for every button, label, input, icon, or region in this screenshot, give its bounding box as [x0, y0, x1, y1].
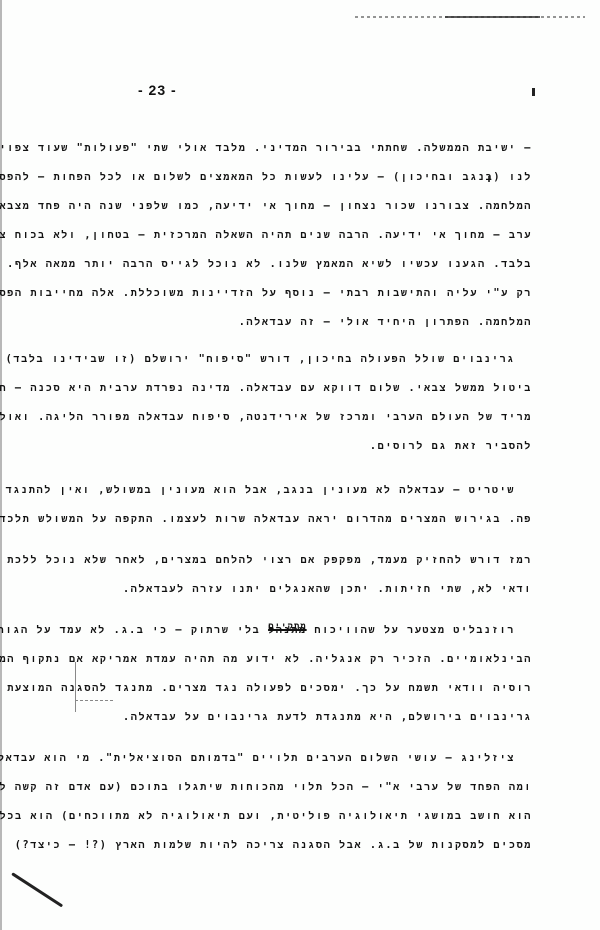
- scan-mark: [532, 88, 535, 96]
- paragraph-greenbaum-cont: ביטול ממשל צבאי. שלום דווקא עם עבדאלה. מ…: [0, 374, 532, 461]
- text-line: בלבד. הגענו עכשיו לשיא המאמץ שלנו. לא נו…: [0, 250, 532, 279]
- scan-top-smudge-dense: [445, 16, 540, 18]
- paragraph-remez: רמז דורש להחזיק מעמד, מפקפק אם רצוי להלח…: [0, 546, 532, 604]
- text-line: הבינלאומיים. הזכיר רק אנגליה. לא ידוע מה…: [0, 645, 532, 674]
- page-number: - 23 -: [138, 82, 177, 98]
- text-line: רמז דורש להחזיק מעמד, מפקפק אם רצוי להלח…: [0, 546, 532, 575]
- text-line: רק ע"י עליה והתישבות רבתי – נוסף על הזדי…: [0, 279, 532, 308]
- text-segment: רוזנבליט מצטער על שהוויכוח: [314, 625, 515, 636]
- text-line: ציזלינג – עושי השלום הערבים תלויים "בדמו…: [0, 744, 515, 773]
- text-line: להסביר זאת גם לרוסים.: [0, 432, 532, 461]
- paragraph-greenbaum: גרינבוים שולל הפעולה בחיכון, דורש "סיפוח…: [0, 345, 515, 374]
- correction: מתקיים מתנהל: [260, 625, 306, 636]
- text-segment: בלי שרתוק – כי ב.ג. לא עמד על הגורמים: [0, 625, 260, 636]
- text-line: המלחמה. צבורנו שכור נצחון – מחוך אי ידיע…: [0, 192, 532, 221]
- pen-stroke-mark: [11, 872, 63, 907]
- text-line: גרינבוים שולל הפעולה בחיכון, דורש "סיפוח…: [0, 345, 515, 374]
- text-line: רוסיה וודאי תשמח על כך. ימסכים לפעולה נג…: [0, 674, 532, 703]
- paragraph-rosenblith-cont: הבינלאומיים. הזכיר רק אנגליה. לא ידוע מה…: [0, 645, 532, 732]
- text-line: הוא חושב במושגי תיאולוגיה פוליטית, ועם ת…: [0, 802, 532, 831]
- text-line: לנו (בנגב ובחיכון) – עלינו לעשות כל המאמ…: [0, 163, 532, 192]
- paragraph-zisling: ציזלינג – עושי השלום הערבים תלויים "בדמו…: [0, 744, 515, 773]
- text-line: ערב – מחוך אי ידיעה. הרבה שנים תהיה השאל…: [0, 221, 532, 250]
- paragraph-shitrit-cont: פה. בגירוש המצרים מהדרום יראה עבדאלה שרו…: [0, 505, 532, 534]
- paragraph-shitrit: שיטריט – עבדאלה לא מעונין בנגב, אבל הוא …: [0, 476, 515, 505]
- text-line: – ישיבת הממשלה. שחתתי בבירור המדיני. מלב…: [0, 134, 532, 163]
- paragraph-rosenblith: רוזנבליט מצטער על שהוויכוח מתקיים מתנהל …: [0, 616, 515, 645]
- text-line: ודאי לא, שתי חזיתות. יתכן שהאנגלים יתנו …: [0, 575, 532, 604]
- margin-bracket: [75, 662, 76, 712]
- paragraph-government-meeting: – ישיבת הממשלה. שחתתי בבירור המדיני. מלב…: [0, 134, 532, 337]
- margin-bracket-line: [75, 700, 115, 701]
- text-line: ביטול ממשל צבאי. שלום דווקא עם עבדאלה. מ…: [0, 374, 532, 403]
- text-line: פה. בגירוש המצרים מהדרום יראה עבדאלה שרו…: [0, 505, 532, 534]
- text-line: גרינבוים בירושלם, היא מתנגדת לדעת גרינבו…: [0, 703, 532, 732]
- paragraph-zisling-cont: ומה הפחד של ערבי א"י – הכל תלוי מהכוחות …: [0, 773, 532, 860]
- text-line-with-correction: רוזנבליט מצטער על שהוויכוח מתקיים מתנהל …: [0, 616, 515, 645]
- text-line: שיטריט – עבדאלה לא מעונין בנגב, אבל הוא …: [0, 476, 515, 505]
- text-line: מריד של העולם הערבי ומרכז של אירידנטה, ס…: [0, 403, 532, 432]
- inserted-word: מתקיים: [268, 613, 306, 642]
- text-line: המלחמה. הפתרון היחיד אולי – זה עבדאלה.: [0, 308, 532, 337]
- text-line: ומה הפחד של ערבי א"י – הכל תלוי מהכוחות …: [0, 773, 532, 802]
- text-line: מסכים למסקנות של ב.ג. אבל הסגנה צריכה לה…: [0, 831, 532, 860]
